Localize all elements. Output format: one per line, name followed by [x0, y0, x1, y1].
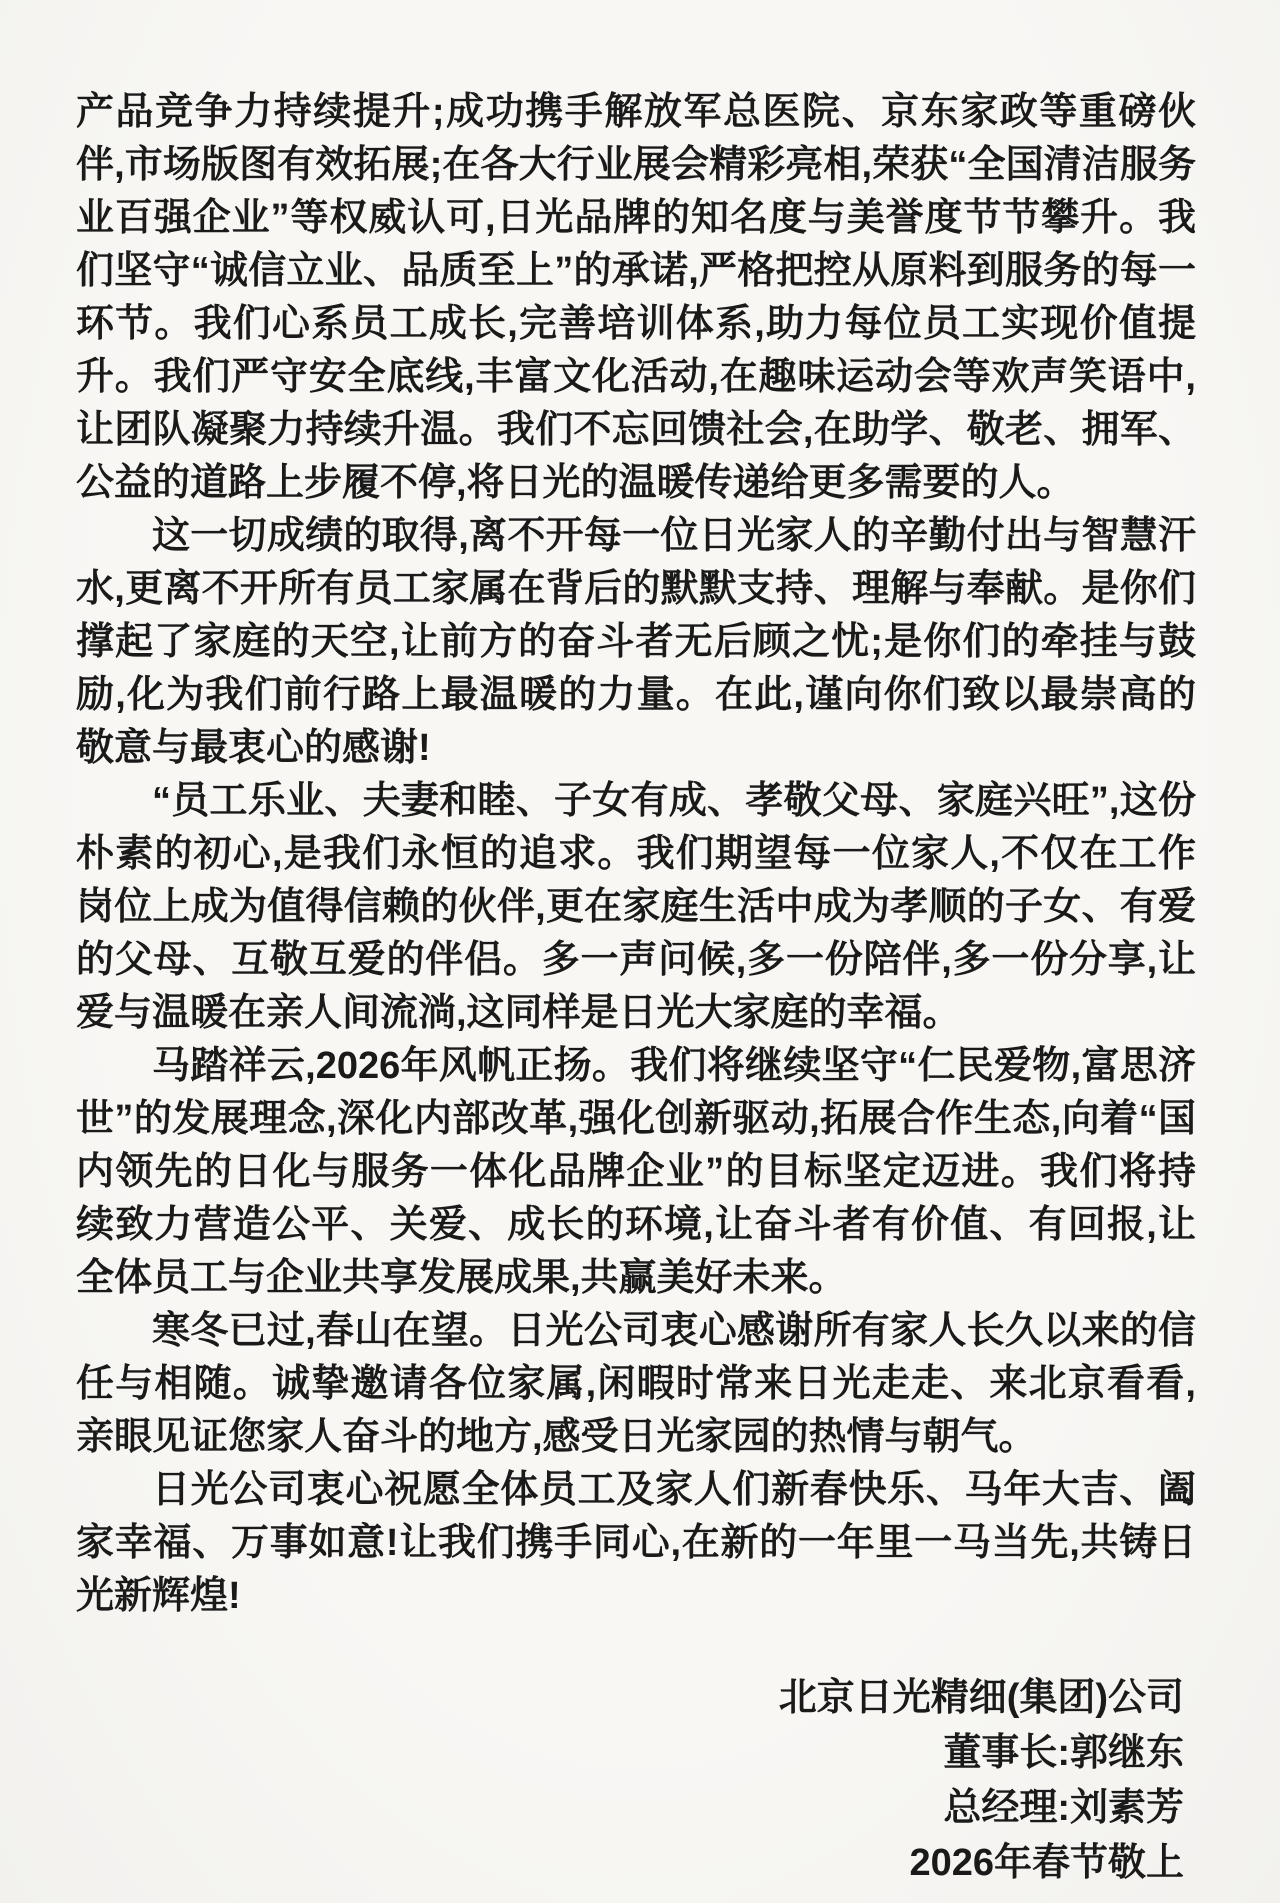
letter-body: 产品竞争力持续提升;成功携手解放军总医院、京东家政等重磅伙伴,市场版图有效拓展;… [76, 86, 1196, 1623]
letter-paragraph: 产品竞争力持续提升;成功携手解放军总医院、京东家政等重磅伙伴,市场版图有效拓展;… [76, 86, 1196, 510]
letter-paragraph: “员工乐业、夫妻和睦、子女有成、孝敬父母、家庭兴旺”,这份朴素的初心,是我们永恒… [76, 775, 1196, 1040]
letter-paragraph: 日光公司衷心祝愿全体员工及家人们新春快乐、马年大吉、阖家幸福、万事如意!让我们携… [76, 1464, 1196, 1623]
letter-paragraph: 这一切成绩的取得,离不开每一位日光家人的辛勤付出与智慧汗水,更离不开所有员工家属… [76, 510, 1196, 775]
letter-paragraph: 寒冬已过,春山在望。日光公司衷心感谢所有家人长久以来的信任与相随。诚挚邀请各位家… [76, 1305, 1196, 1464]
signature-chairman: 董事长:郭继东 [76, 1726, 1184, 1781]
signature-block: 北京日光精细(集团)公司 董事长:郭继东 总经理:刘素芳 2026年春节敬上 [76, 1671, 1196, 1891]
letter-page: 产品竞争力持续提升;成功携手解放军总医院、京东家政等重磅伙伴,市场版图有效拓展;… [0, 0, 1280, 1903]
signature-company: 北京日光精细(集团)公司 [76, 1671, 1184, 1726]
signature-general-manager: 总经理:刘素芳 [76, 1781, 1184, 1836]
letter-paragraph: 马踏祥云,2026年风帆正扬。我们将继续坚守“仁民爱物,富思济世”的发展理念,深… [76, 1040, 1196, 1305]
signature-date: 2026年春节敬上 [76, 1836, 1184, 1891]
